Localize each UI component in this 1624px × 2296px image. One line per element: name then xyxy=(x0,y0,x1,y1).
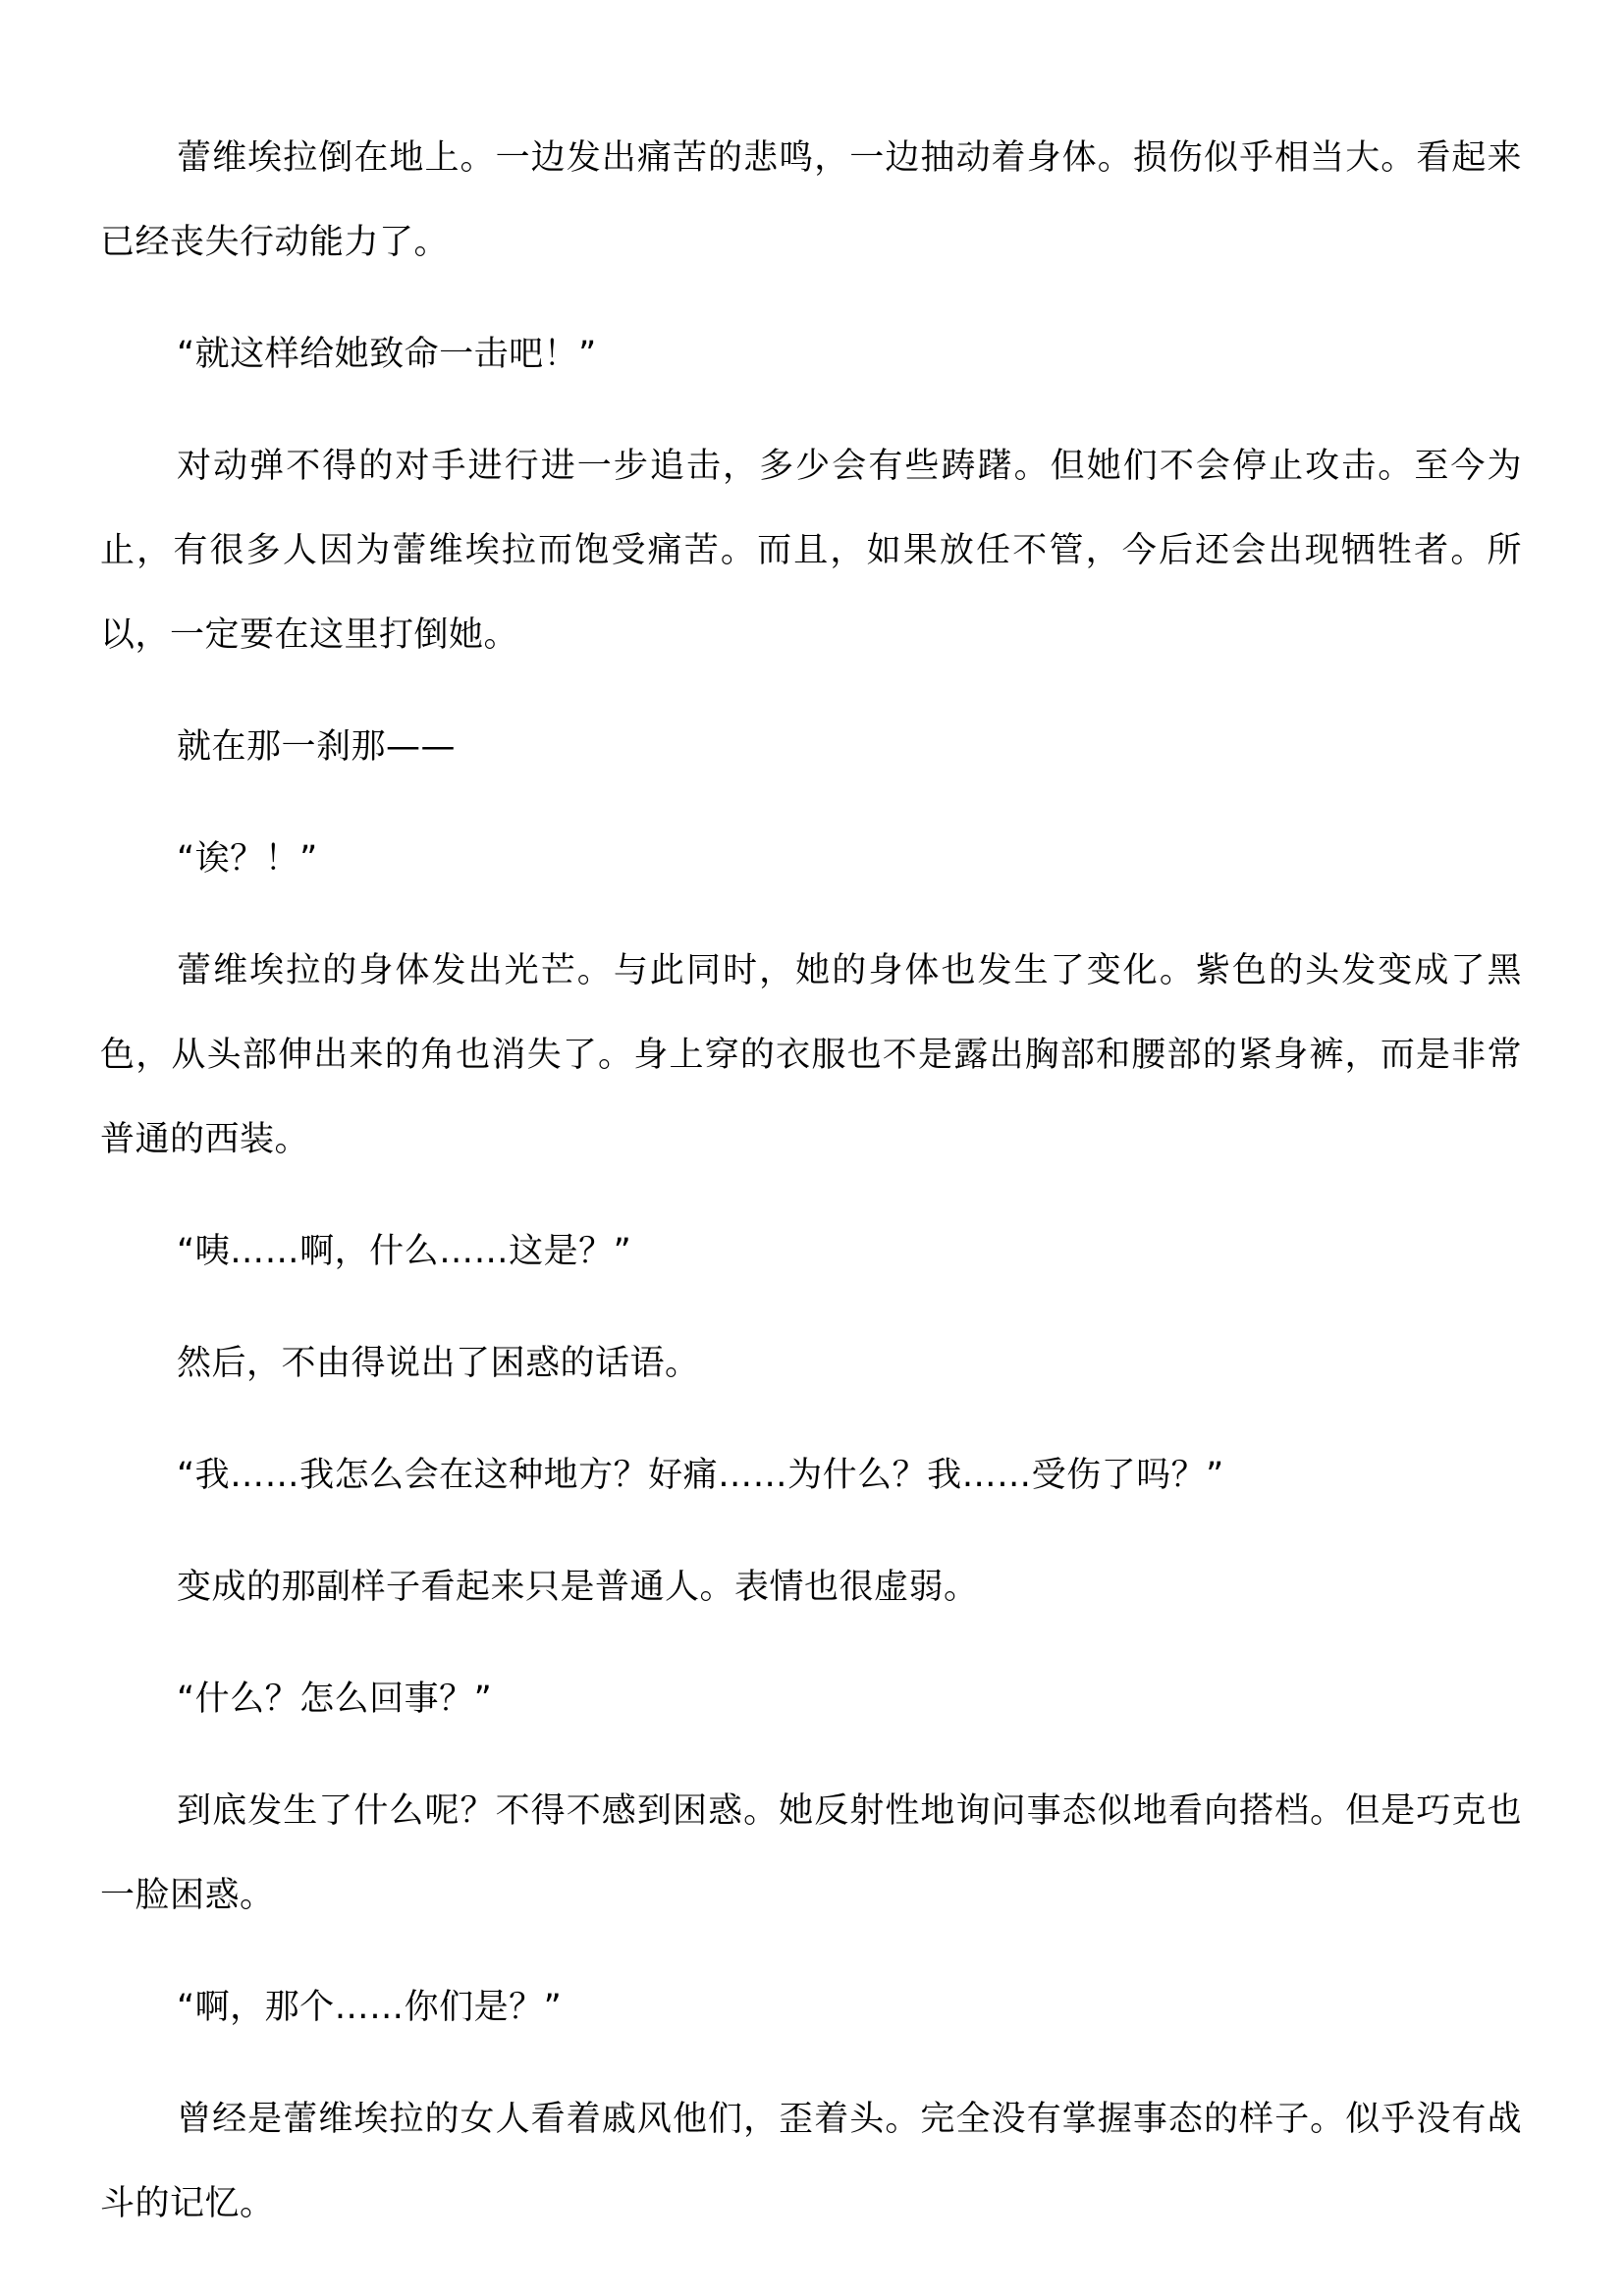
paragraph-dialogue: “诶？！” xyxy=(100,817,1522,901)
paragraph-narration: 就在那一刹那—— xyxy=(100,705,1522,789)
paragraph-narration: 变成的那副样子看起来只是普通人。表情也很虚弱。 xyxy=(100,1545,1522,1629)
paragraph-dialogue: “什么？怎么回事？” xyxy=(100,1657,1522,1741)
paragraph-dialogue: “咦……啊，什么……这是？” xyxy=(100,1209,1522,1294)
paragraph-narration: 蕾维埃拉倒在地上。一边发出痛苦的悲鸣，一边抽动着身体。损伤似乎相当大。看起来已经… xyxy=(100,116,1522,285)
paragraph-dialogue: “我……我怎么会在这种地方？好痛……为什么？我……受伤了吗？” xyxy=(100,1433,1522,1518)
paragraph-narration: 曾经是蕾维埃拉的女人看着戚风他们，歪着头。完全没有掌握事态的样子。似乎没有战斗的… xyxy=(100,2077,1522,2246)
paragraph-dialogue: “啊，那个……你们是？” xyxy=(100,1965,1522,2050)
paragraph-narration: 到底发生了什么呢？不得不感到困惑。她反射性地询问事态似地看向搭档。但是巧克也一脸… xyxy=(100,1769,1522,1938)
paragraph-narration: 对动弹不得的对手进行进一步追击，多少会有些踌躇。但她们不会停止攻击。至今为止，有… xyxy=(100,424,1522,677)
paragraph-narration: 蕾维埃拉的身体发出光芒。与此同时，她的身体也发生了变化。紫色的头发变成了黑色，从… xyxy=(100,929,1522,1182)
paragraph-narration: 然后，不由得说出了困惑的话语。 xyxy=(100,1321,1522,1406)
paragraph-dialogue: “就这样给她致命一击吧！” xyxy=(100,312,1522,397)
document-page: 蕾维埃拉倒在地上。一边发出痛苦的悲鸣，一边抽动着身体。损伤似乎相当大。看起来已经… xyxy=(100,116,1522,2273)
